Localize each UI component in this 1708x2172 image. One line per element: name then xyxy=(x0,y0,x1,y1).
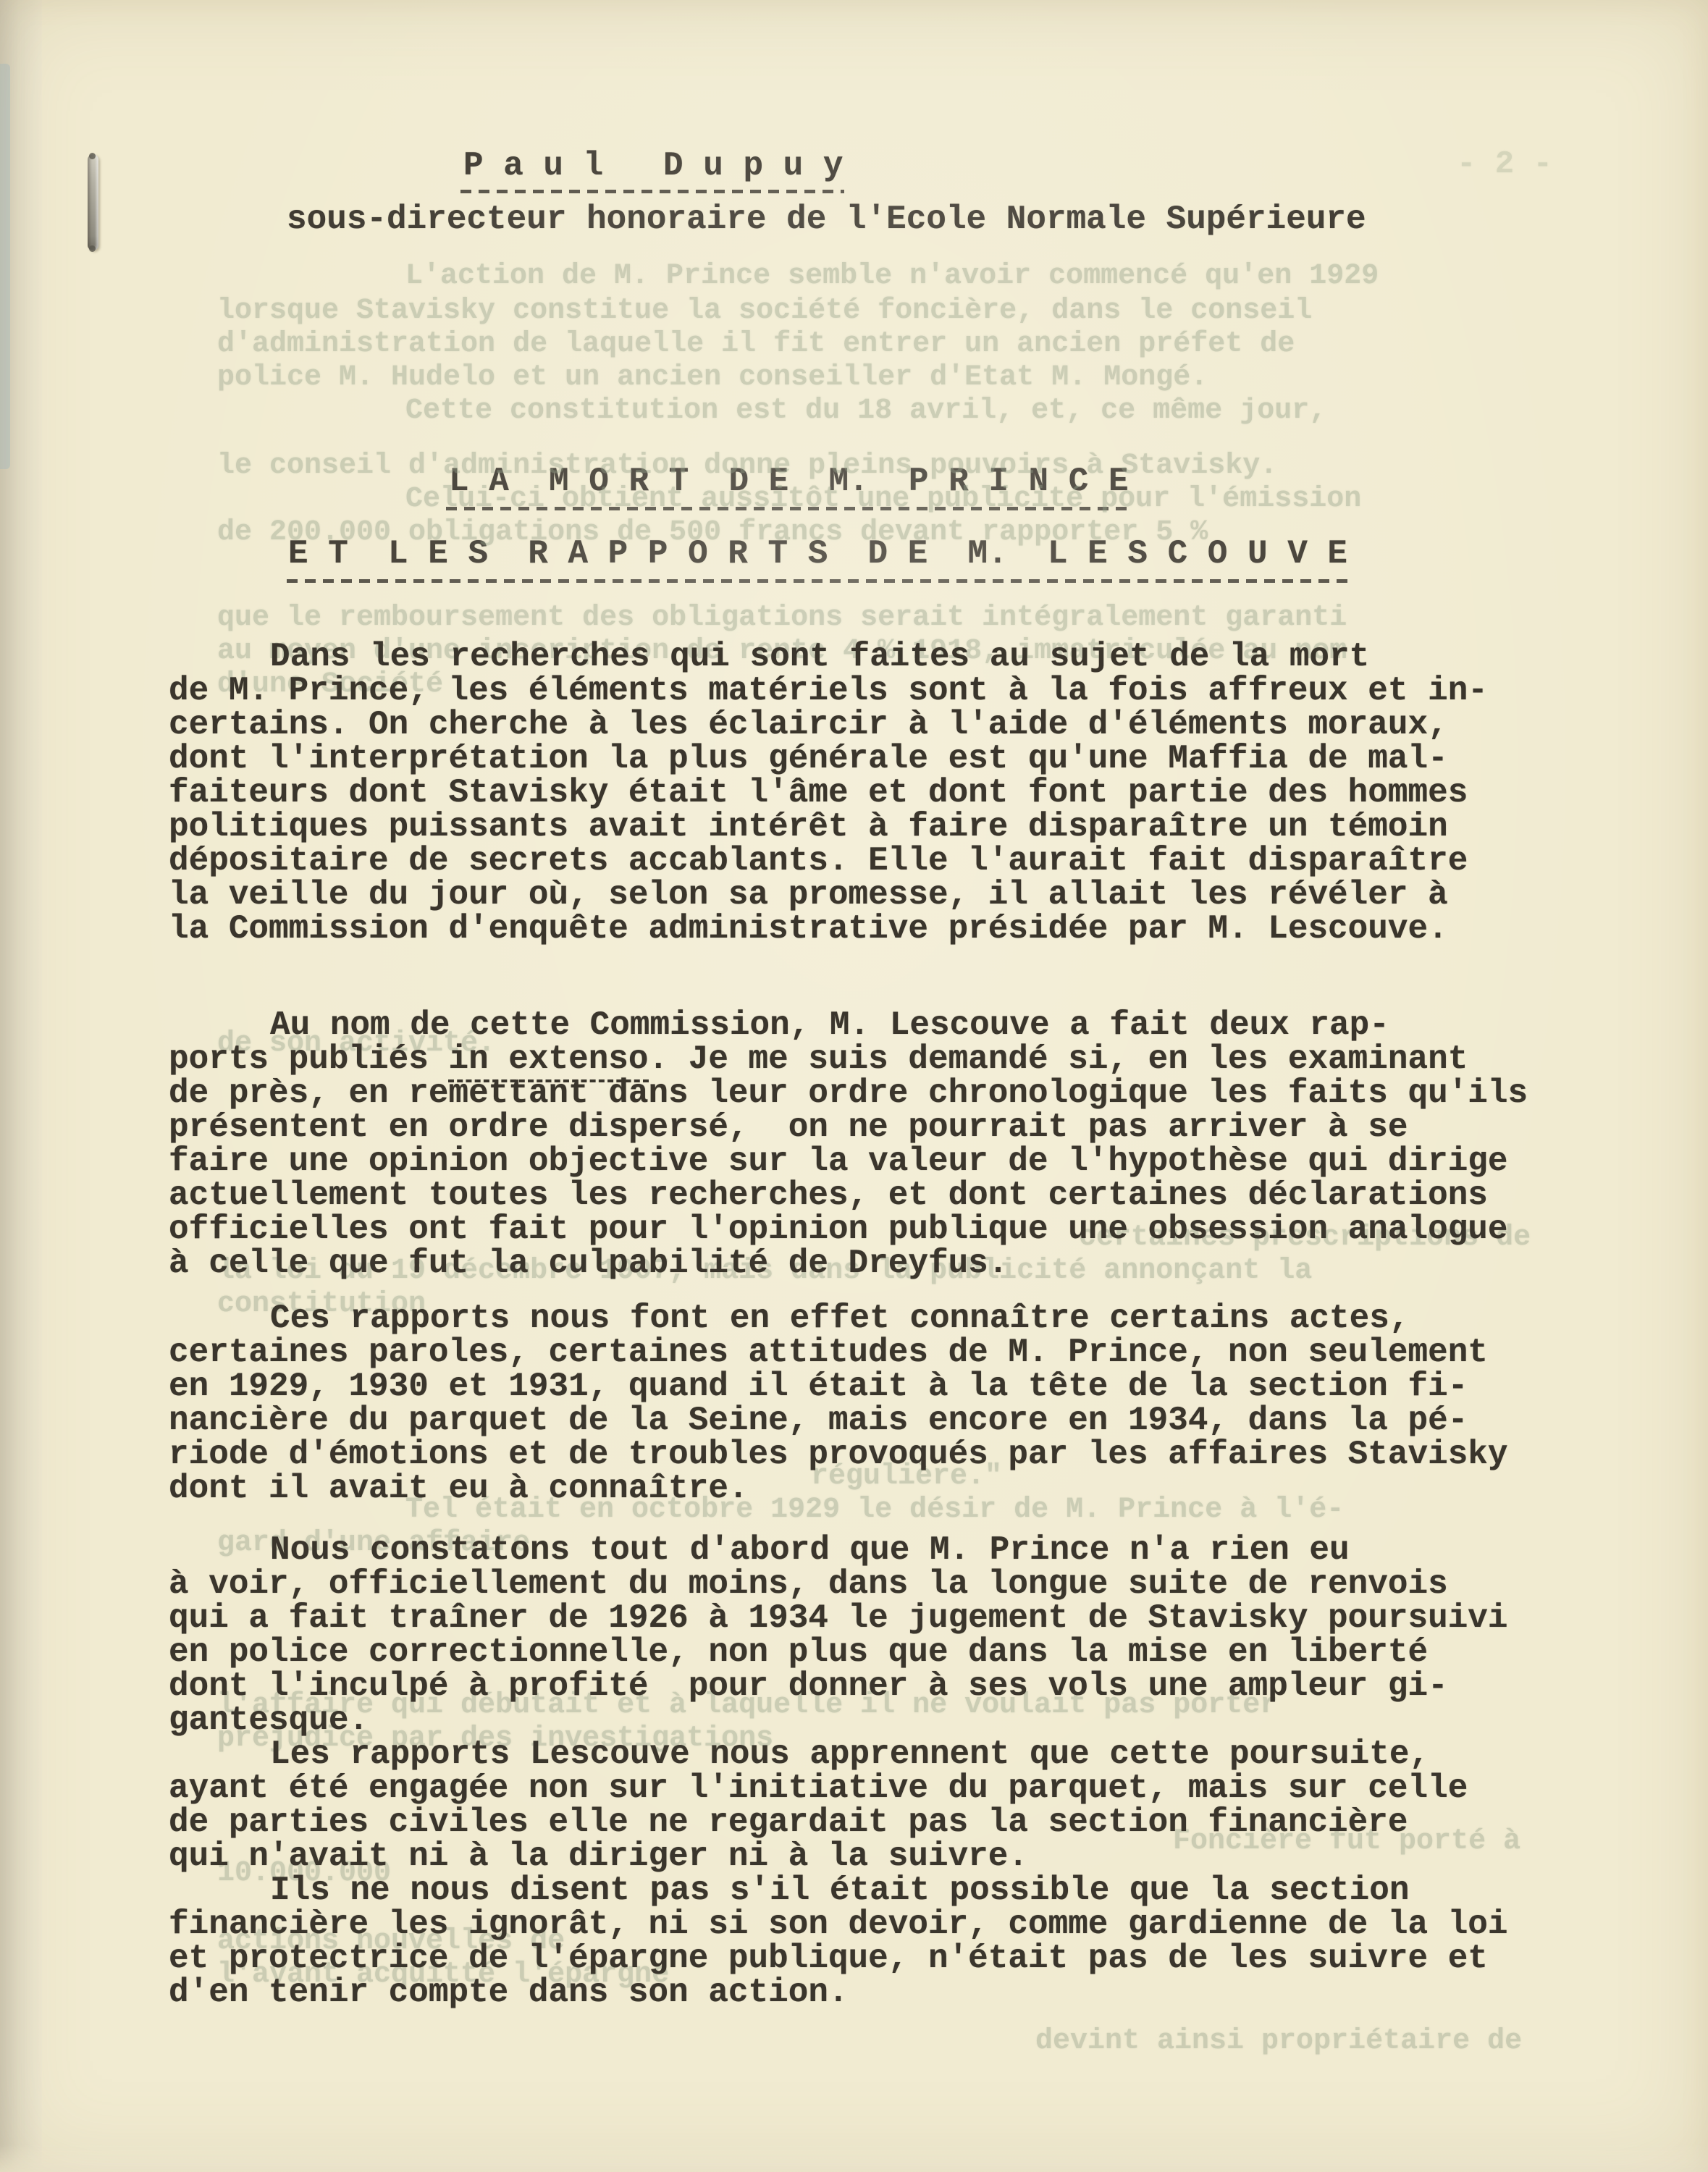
text-line: ayant été engagée non sur l'initiative d… xyxy=(169,1772,1573,1806)
paragraph-3: Ces rapports nous font en effet connaîtr… xyxy=(169,1302,1573,1506)
ghost-text-line: lorsque Stavisky constitue la société fo… xyxy=(217,295,1312,327)
text-line: de M. Prince, les éléments matériels son… xyxy=(169,674,1573,708)
scan-edge-sliver xyxy=(0,64,10,469)
text-line: certains. On cherche à les éclaircir à l… xyxy=(169,708,1573,742)
text-line: et protectrice de l'épargne publique, n'… xyxy=(169,1942,1573,1976)
text-line: Ces rapports nous font en effet connaîtr… xyxy=(169,1302,1573,1336)
text-line: nancière du parquet de la Seine, mais en… xyxy=(169,1404,1573,1438)
ghost-text-line: Cette constitution est du 18 avril, et, … xyxy=(405,395,1326,427)
text-line: à celle que fut la culpabilité de Dreyfu… xyxy=(169,1247,1573,1281)
text-line: de parties civiles elle ne regardait pas… xyxy=(169,1806,1573,1840)
paragraph-4: Nous constatons tout d'abord que M. Prin… xyxy=(169,1533,1573,1738)
text-fragment: . Je me suis demandé si, en les examinan… xyxy=(649,1040,1468,1078)
document-body: Dans les recherches qui sont faites au s… xyxy=(169,640,1573,2010)
text-line: dont l'inculpé à profité pour donner à s… xyxy=(169,1670,1573,1704)
text-line: Les rapports Lescouve nous apprennent qu… xyxy=(169,1738,1573,1772)
text-line: de près, en remettant dans leur ordre ch… xyxy=(169,1077,1573,1111)
text-line: qui n'avait ni à la diriger ni à la suiv… xyxy=(169,1840,1573,1874)
text-line: dont l'interprétation la plus générale e… xyxy=(169,742,1573,776)
staple xyxy=(88,154,98,251)
paragraph-2: Au nom de cette Commission, M. Lescouve … xyxy=(169,1009,1573,1281)
ghost-text-line: que le remboursement des obligations ser… xyxy=(217,602,1347,634)
text-line: actuellement toutes les recherches, et d… xyxy=(169,1179,1573,1213)
title-line2-underline xyxy=(287,579,1351,583)
text-line: Ils ne nous disent pas s'il était possib… xyxy=(169,1874,1573,1908)
title-line1-underline xyxy=(446,507,1134,510)
ghost-text-line: d'administration de laquelle il fit entr… xyxy=(217,329,1295,361)
text-line: financière les ignorât, ni si son devoir… xyxy=(169,1908,1573,1942)
ghost-text-line: L'action de M. Prince semble n'avoir com… xyxy=(405,261,1379,292)
text-line: qui a fait traîner de 1926 à 1934 le jug… xyxy=(169,1601,1573,1636)
text-line: Au nom de cette Commission, M. Lescouve … xyxy=(169,1009,1573,1043)
text-line: à voir, officiellement du moins, dans la… xyxy=(169,1567,1573,1601)
text-line: présentent en ordre dispersé, on ne pour… xyxy=(169,1111,1573,1145)
text-line: dont il avait eu à connaître. xyxy=(169,1472,1573,1506)
text-line: ports publiés in extenso. Je me suis dem… xyxy=(169,1043,1573,1077)
text-line: en 1929, 1930 et 1931, quand il était à … xyxy=(169,1370,1573,1404)
paragraph-6: Ils ne nous disent pas s'il était possib… xyxy=(169,1874,1573,2010)
text-line: gantesque. xyxy=(169,1704,1573,1738)
document-title-line2: E T L E S R A P P O R T S D E M. L E S C… xyxy=(288,537,1347,571)
page-bottom-edge xyxy=(0,2144,1708,2172)
typewritten-page: - 2 -L'action de M. Prince semble n'avoi… xyxy=(0,0,1708,2172)
ghost-text-line: devint ainsi propriétaire de xyxy=(1035,2026,1522,2058)
author-name: P a u l D u p u y xyxy=(463,149,844,183)
text-fragment: ports publiés xyxy=(169,1040,448,1078)
text-line: politiques puissants avait intérêt à fai… xyxy=(169,810,1573,844)
document-title-line1: L A M O R T D E M. P R I N C E xyxy=(449,465,1129,499)
text-line: faire une opinion objective sur la valeu… xyxy=(169,1145,1573,1179)
text-line: la Commission d'enquête administrative p… xyxy=(169,912,1573,946)
text-line: certaines paroles, certaines attitudes d… xyxy=(169,1336,1573,1370)
text-line: d'en tenir compte dans son action. xyxy=(169,1976,1573,2010)
text-line: faiteurs dont Stavisky était l'âme et do… xyxy=(169,776,1573,810)
text-line: en police correctionnelle, non plus que … xyxy=(169,1636,1573,1670)
text-line: officielles ont fait pour l'opinion publ… xyxy=(169,1213,1573,1247)
paragraph-5: Les rapports Lescouve nous apprennent qu… xyxy=(169,1738,1573,1874)
text-line: Nous constatons tout d'abord que M. Prin… xyxy=(169,1533,1573,1567)
ghost-text-line: - 2 - xyxy=(1457,148,1552,180)
author-subtitle: sous-directeur honoraire de l'Ecole Norm… xyxy=(287,203,1366,237)
text-line: Dans les recherches qui sont faites au s… xyxy=(169,640,1573,674)
text-line: dépositaire de secrets accablants. Elle … xyxy=(169,844,1573,878)
text-line: riode d'émotions et de troubles provoqué… xyxy=(169,1438,1573,1472)
paragraph-1: Dans les recherches qui sont faites au s… xyxy=(169,640,1573,946)
text-line: la veille du jour où, selon sa promesse,… xyxy=(169,878,1573,912)
author-underline xyxy=(460,190,844,193)
ghost-text-line: police M. Hudelo et un ancien conseiller… xyxy=(217,362,1208,394)
